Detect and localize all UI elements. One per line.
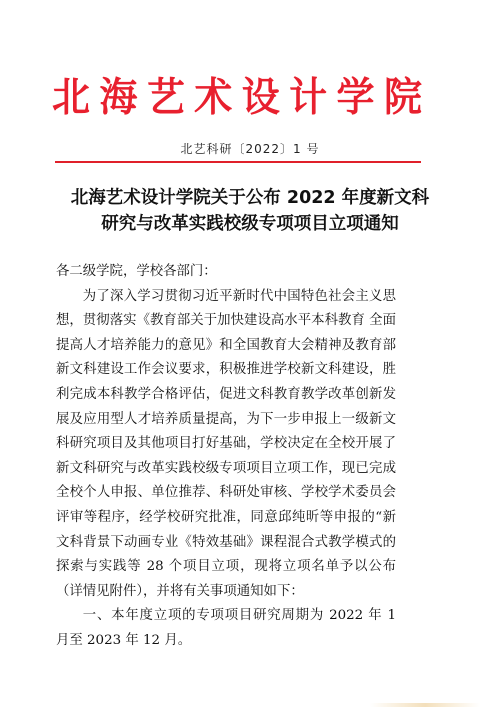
document-title: 北海艺术设计学院关于公布 2022 年度新文科 研究与改革实践校级专项项目立项通… xyxy=(0,185,500,237)
masthead-char: 院 xyxy=(384,71,422,124)
masthead-char: 艺 xyxy=(147,71,185,124)
masthead-char: 术 xyxy=(194,71,232,124)
masthead-char: 学 xyxy=(337,71,375,124)
body-paragraph-2: 一、本年度立项的专项项目研究周期为 2022 年 1 月至 2023 年 12 … xyxy=(56,604,396,653)
title-line-2: 研究与改革实践校级专项项目立项通知 xyxy=(0,211,500,237)
masthead-char: 海 xyxy=(99,71,137,124)
institution-masthead: 北 海 艺 术 设 计 学 院 xyxy=(52,72,422,122)
scan-edge-artifact xyxy=(370,703,480,707)
red-divider-line xyxy=(55,161,421,163)
title-line-1: 北海艺术设计学院关于公布 2022 年度新文科 xyxy=(0,185,500,211)
document-number: 北艺科研〔2022〕1 号 xyxy=(0,140,500,157)
masthead-char: 设 xyxy=(242,71,280,124)
body-paragraph-1: 为了深入学习贯彻习近平新时代中国特色社会主义思想，贯彻落实《教育部关于加快建设高… xyxy=(56,285,396,605)
masthead-char: 计 xyxy=(289,71,327,124)
document-page: 北 海 艺 术 设 计 学 院 北艺科研〔2022〕1 号 北海艺术设计学院关于… xyxy=(0,0,500,707)
masthead-char: 北 xyxy=(52,71,90,124)
salutation: 各二级学院，学校各部门： xyxy=(56,260,396,285)
document-body: 各二级学院，学校各部门： 为了深入学习贯彻习近平新时代中国特色社会主义思想，贯彻… xyxy=(56,260,396,654)
